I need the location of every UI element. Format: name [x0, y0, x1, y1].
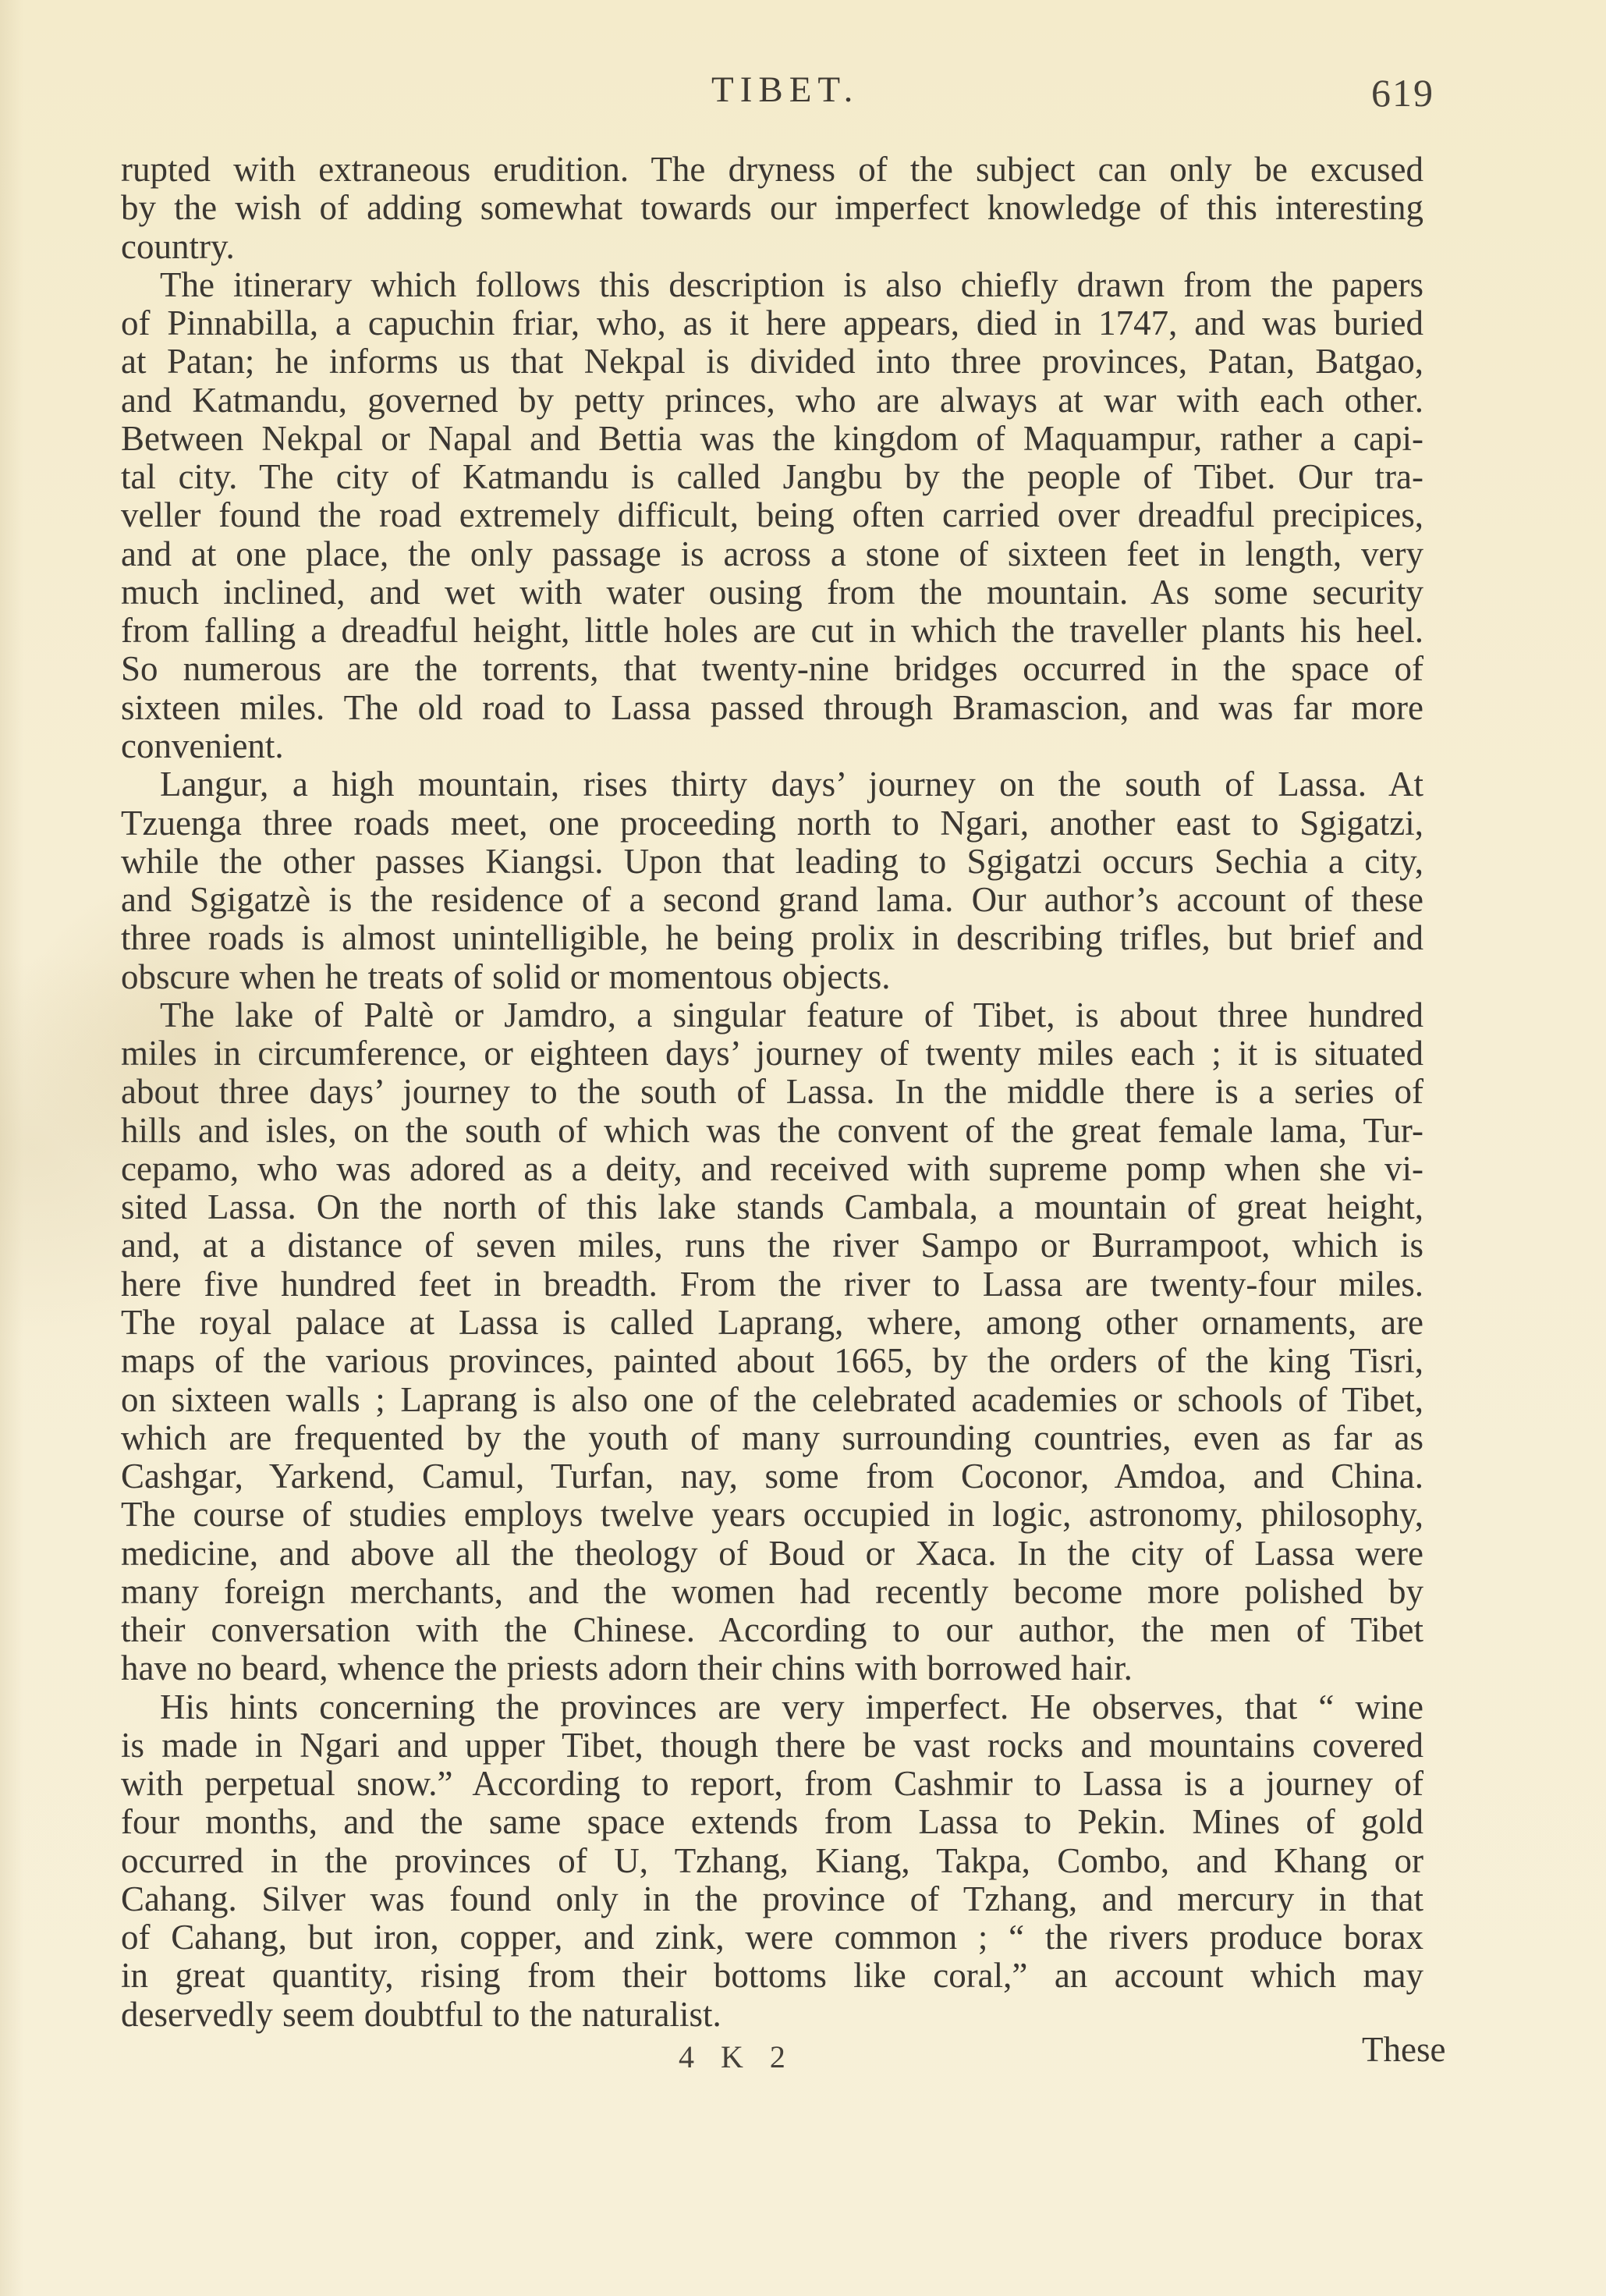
text-line: with perpetual snow.” According to repor…	[121, 1765, 1423, 1803]
text-line: miles in circumference, or eighteen days…	[121, 1034, 1423, 1073]
text-line: much inclined, and wet with water ousing…	[121, 573, 1423, 612]
text-line: Langur, a high mountain, rises thirty da…	[121, 765, 1423, 804]
page-title: TIBET.	[711, 70, 875, 109]
text-line: in great quantity, rising from their bot…	[121, 1957, 1423, 1995]
body-text: rupted with extraneous erudition. The dr…	[121, 151, 1423, 2034]
text-line: Between Nekpal or Napal and Bettia was t…	[121, 420, 1423, 458]
text-line: of Cahang, but iron, copper, and zink, w…	[121, 1918, 1423, 1957]
text-line: and at one place, the only passage is ac…	[121, 535, 1423, 573]
text-line: hills and isles, on the south of which w…	[121, 1112, 1423, 1150]
text-line: obscure when he treats of solid or momen…	[121, 958, 1423, 996]
page-number: 619	[1371, 73, 1434, 112]
catchword: These	[1362, 2030, 1445, 2069]
text-line: by the wish of adding somewhat towards o…	[121, 189, 1423, 227]
text-line: So numerous are the torrents, that twent…	[121, 650, 1423, 688]
text-line: tal city. The city of Katmandu is called…	[121, 458, 1423, 496]
book-page: TIBET. 619 rupted with extraneous erudit…	[0, 0, 1606, 2296]
text-line: rupted with extraneous erudition. The dr…	[121, 151, 1423, 189]
page-edge-shadow	[0, 0, 23, 2296]
text-line: here five hundred feet in breadth. From …	[121, 1265, 1423, 1304]
text-line: three roads is almost unintelligible, he…	[121, 919, 1423, 957]
text-line: have no beard, whence the priests adorn …	[121, 1649, 1423, 1687]
text-line: cepamo, who was adored as a deity, and r…	[121, 1150, 1423, 1188]
text-line: The royal palace at Lassa is called Lapr…	[121, 1304, 1423, 1342]
text-line: of Pinnabilla, a capuchin friar, who, as…	[121, 304, 1423, 342]
text-line: Cashgar, Yarkend, Camul, Turfan, nay, so…	[121, 1457, 1423, 1496]
text-line: maps of the various provinces, painted a…	[121, 1342, 1423, 1380]
running-head: TIBET. 619	[0, 69, 1606, 115]
text-line: many foreign merchants, and the women ha…	[121, 1573, 1423, 1611]
text-line: deservedly seem doubtful to the naturali…	[121, 1996, 1423, 2034]
text-line: and Katmandu, governed by petty princes,…	[121, 381, 1423, 420]
text-line: sixteen miles. The old road to Lassa pas…	[121, 689, 1423, 727]
text-line: at Patan; he informs us that Nekpal is d…	[121, 342, 1423, 381]
text-line: Cahang. Silver was found only in the pro…	[121, 1880, 1423, 1918]
text-line: four months, and the same space extends …	[121, 1803, 1423, 1841]
text-line: Tzuenga three roads meet, one proceeding…	[121, 804, 1423, 843]
text-line: from falling a dreadful height, little h…	[121, 612, 1423, 650]
text-line: The lake of Paltè or Jamdro, a singular …	[121, 996, 1423, 1034]
text-line: occurred in the provinces of U, Tzhang, …	[121, 1842, 1423, 1880]
text-line: and, at a distance of seven miles, runs …	[121, 1226, 1423, 1265]
text-line: which are frequented by the youth of man…	[121, 1419, 1423, 1457]
text-line: about three days’ journey to the south o…	[121, 1073, 1423, 1111]
text-line: The itinerary which follows this descrip…	[121, 266, 1423, 304]
text-line: sited Lassa. On the north of this lake s…	[121, 1188, 1423, 1226]
text-line: The course of studies employs twelve yea…	[121, 1496, 1423, 1534]
text-line: His hints concerning the provinces are v…	[121, 1688, 1423, 1726]
text-line: while the other passes Kiangsi. Upon tha…	[121, 843, 1423, 881]
text-line: their conversation with the Chinese. Acc…	[121, 1611, 1423, 1649]
signature-mark: 4 K 2	[679, 2038, 795, 2077]
text-line: on sixteen walls ; Laprang is also one o…	[121, 1381, 1423, 1419]
text-line: medicine, and above all the theology of …	[121, 1535, 1423, 1573]
text-line: and Sgigatzè is the residence of a secon…	[121, 881, 1423, 919]
text-line: convenient.	[121, 727, 1423, 765]
text-line: is made in Ngari and upper Tibet, though…	[121, 1726, 1423, 1765]
text-line: veller found the road extremely difficul…	[121, 496, 1423, 534]
text-line: country.	[121, 228, 1423, 266]
